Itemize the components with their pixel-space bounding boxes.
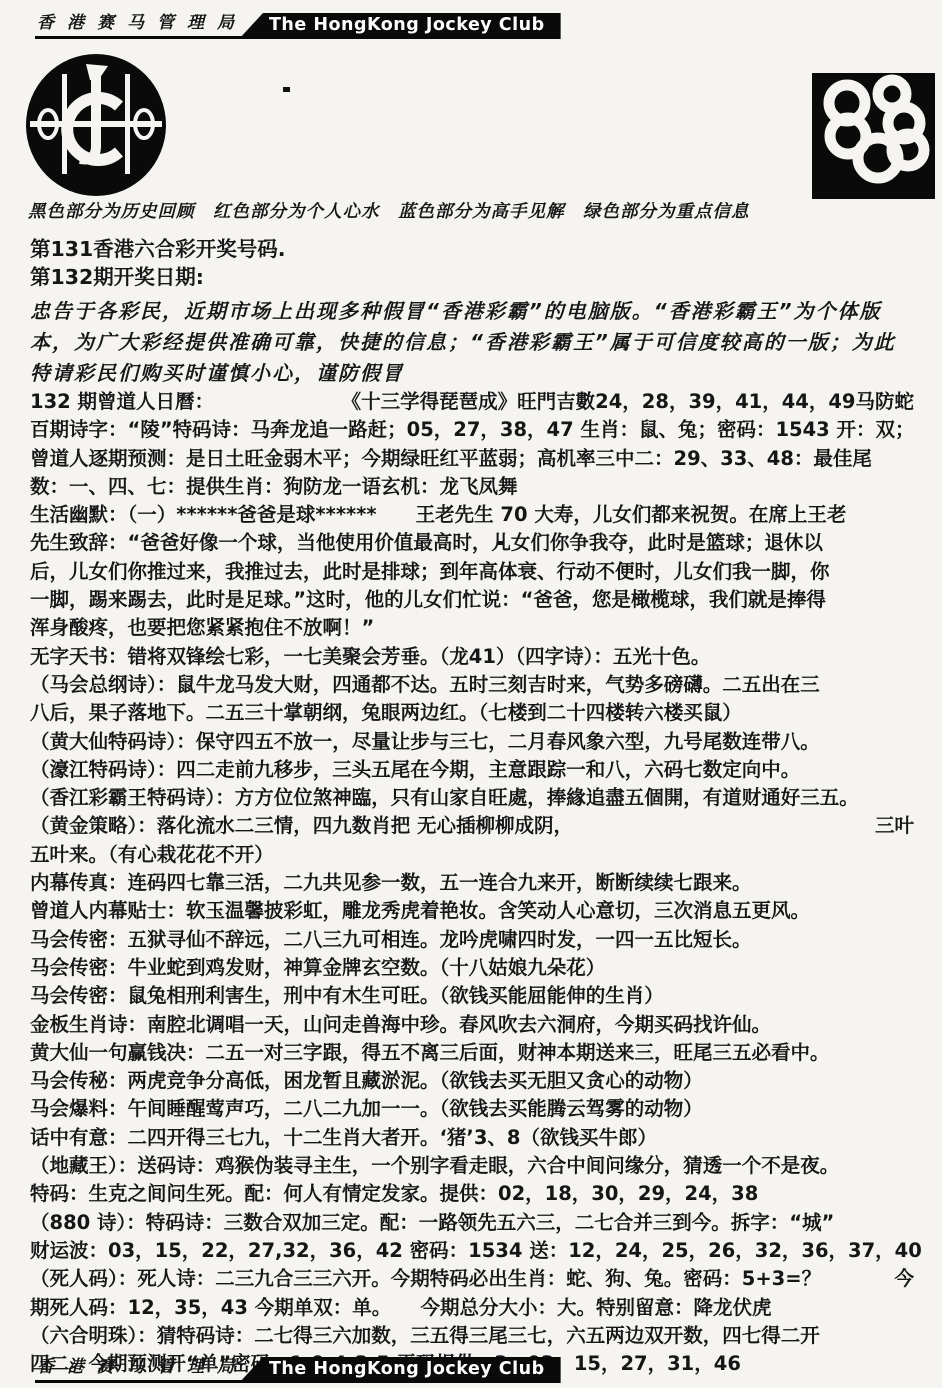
- header-cn-title: 香港赛马管理局: [35, 8, 253, 39]
- hkjc-monogram-logo-icon: [24, 52, 168, 198]
- text-line: 马会传密：牛业蛇到鸡发财，神算金牌玄空数。（十八姑娘九朵花）: [30, 954, 914, 982]
- text-line-left: （黄金策略）：落化流水二三情，四九数肖把 无心插柳柳成阴，: [30, 812, 573, 840]
- draw-131-result-line: 第131香港六合彩开奖号码.: [30, 236, 286, 264]
- text-line: （香江彩霸王特码诗）：方方位位煞神臨，只有山家自旺處，捧緣追盡五個開，有道财通好…: [30, 784, 914, 812]
- text-line-left: （死人码）：死人诗：二三九合三三六开。今期特码必出生肖：蛇、狗、兔。密码：5+3…: [30, 1265, 821, 1293]
- footer-cn-title: 香港赛马管理局: [35, 1352, 253, 1383]
- tips-body: 132 期曾道人日曆：《十三学得琵琶成》旺門吉數24，28，39，41，44，4…: [30, 388, 914, 1378]
- text-line: 期死人码：12，35，43 今期单双：单。 今期总分大小：大。特别留意：降龙伏虎: [30, 1294, 914, 1322]
- text-line: 马会传密：鼠兔相刑利害生，刑中有木生可旺。（欲钱买能屈能伸的生肖）: [30, 982, 914, 1010]
- text-line: 马会爆料：午间睡醒莺声巧，二八二九加一一。（欲钱去买能腾云驾雾的动物）: [30, 1095, 914, 1123]
- notice-line: 忠告于各彩民，近期市场上出现多种假冒“香港彩霸”的电脑版。“香港彩霸王”为个体版: [30, 296, 914, 327]
- text-line: （880 诗）：特码诗：三数合双加三定。配：一路领先五六三，二七合并三到今。拆字…: [30, 1209, 914, 1237]
- text-line: 八后，果子落地下。二五三十掌朝纲，兔眼两边红。（七楼到二十四楼转六楼买鼠）: [30, 699, 914, 727]
- text-line: 浑身酸疼，也要把您紧紧抱住不放啊！”: [30, 614, 914, 642]
- text-line: 百期诗字：“陵”特码诗：马奔龙追一路赶；05，27，38，47 生肖：鼠、兔；密…: [30, 416, 914, 444]
- text-line: 财运波：03，15，22，27,32，36，42 密码：1534 送：12，24…: [30, 1237, 914, 1265]
- text-line: （马会总纲诗）：鼠牛龙马发大财，四通都不达。五时三刻吉时来，气势多磅礴。二五出在…: [30, 671, 914, 699]
- text-line: 曾道人内幕贴士：软玉温馨披彩虹，雕龙秀虎着艳妆。含笑动人心意切，三次消息五更风。: [30, 897, 914, 925]
- text-line-right: 《十三学得琵琶成》旺門吉數24，28，39，41，44，49马防蛇: [342, 388, 914, 416]
- text-line: 后，儿女们你推过来，我推过去，此时是排球；到年高体衰、行动不便时，儿女们我一脚，…: [30, 558, 914, 586]
- text-line: 数：一、四、七：提供生肖：狗防龙一语玄机：龙飞凤舞: [30, 473, 914, 501]
- text-line-left: 132 期曾道人日曆：: [30, 388, 214, 416]
- text-line: 曾道人逐期预测：是日土旺金弱木平；今期绿旺红平蓝弱；高机率三中二：29、33、4…: [30, 445, 914, 473]
- ink-speck: [283, 87, 290, 92]
- text-line: （六合明珠）：猜特码诗：二七得三六加数，三五得三尾三七，六五两边双开数，四七得二…: [30, 1322, 914, 1350]
- notice-line: 特请彩民们购买时谨慎小心，谨防假冒: [30, 358, 914, 389]
- text-line: 黄大仙一句赢钱决：二五一对三字跟，得五不离三后面，财神本期送来三，旺尾三五必看中…: [30, 1039, 914, 1067]
- header-brandbar: 香港赛马管理局 The HongKong Jockey Club: [35, 8, 561, 39]
- draw-132-date-line: 第132期开奖日期:: [30, 264, 286, 292]
- counterfeit-warning-notice: 忠告于各彩民，近期市场上出现多种假冒“香港彩霸”的电脑版。“香港彩霸王”为个体版…: [30, 296, 914, 389]
- text-line: 132 期曾道人日曆：《十三学得琵琶成》旺門吉數24，28，39，41，44，4…: [30, 388, 914, 416]
- text-line: 特码：生克之间问生死。配：何人有情定发家。提供：02，18，30，29，24，3…: [30, 1180, 914, 1208]
- text-line: 马会传密：五狱寻仙不辞远，二八三九可相连。龙吟虎啸四时发，一四一五比短长。: [30, 926, 914, 954]
- draw-intro: 第131香港六合彩开奖号码. 第132期开奖日期:: [30, 236, 286, 291]
- footer-brandbar: 香港赛马管理局 The HongKong Jockey Club: [35, 1352, 561, 1383]
- text-line-right: 今: [894, 1265, 914, 1293]
- text-line: （黄金策略）：落化流水二三情，四九数肖把 无心插柳柳成阴，三叶: [30, 812, 914, 840]
- text-line-right: 三叶: [875, 812, 914, 840]
- text-line: 金板生肖诗：南腔北调唱一天，山问走兽海中珍。春风吹去六洞府，今期买码找许仙。: [30, 1011, 914, 1039]
- text-line: 话中有意：二四开得三七九，十二生肖大者开。‘猪’3、8（欲钱买牛郎）: [30, 1124, 914, 1152]
- interlocking-rings-logo-icon: [812, 73, 935, 199]
- text-line: 马会传秘：两虎竞争分高低，困龙暂且藏淤泥。（欲钱去买无胆又贪心的动物）: [30, 1067, 914, 1095]
- text-line: 生活幽默：（一）******爸爸是球****** 王老先生 70 大寿，儿女们都…: [30, 501, 914, 529]
- notice-line: 本，为广大彩经提供准确可靠，快捷的信息；“香港彩霸王”属于可信度较高的一版；为此: [30, 327, 914, 358]
- header-en-banner: The HongKong Jockey Club: [239, 13, 561, 39]
- text-line: 先生致辞：“爸爸好像一个球，当他使用价值最高时，儿女们你争我夺，此时是篮球；退休…: [30, 529, 914, 557]
- text-line: 五叶来。（有心栽花花不开）: [30, 841, 914, 869]
- text-line: （黄大仙特码诗）：保守四五不放一，尽量让步与三七，二月春风象六型，九号尾数连带八…: [30, 728, 914, 756]
- text-line: （地藏王）：送码诗：鸡猴伪装寻主生，一个别字看走眼，六合中间问缘分，猜透一个不是…: [30, 1152, 914, 1180]
- text-line: 内幕传真：连码四七靠三活，二九共见参一数，五一连合九来开，断断续续七跟来。: [30, 869, 914, 897]
- footer-en-banner: The HongKong Jockey Club: [239, 1357, 561, 1383]
- text-line: （濠江特码诗）：四二走前九移步，三头五尾在今期，主意跟踪一和八，六码七数定向中。: [30, 756, 914, 784]
- text-line: 一脚，踢来踢去，此时是足球。”这时，他的儿女们忙说：“爸爸，您是橄榄球，我们就是…: [30, 586, 914, 614]
- text-line: 无字天书：错将双锋绘七彩，一七美聚会芳垂。（龙41）（四字诗）：五光十色。: [30, 643, 914, 671]
- color-legend-line: 黑色部分为历史回顾 红色部分为个人心水 蓝色部分为高手见解 绿色部分为重点信息: [28, 198, 914, 223]
- text-line: （死人码）：死人诗：二三九合三三六开。今期特码必出生肖：蛇、狗、兔。密码：5+3…: [30, 1265, 914, 1293]
- tipsheet-page: 香港赛马管理局 The HongKong Jockey Club 黑色部分为历史…: [0, 0, 942, 1388]
